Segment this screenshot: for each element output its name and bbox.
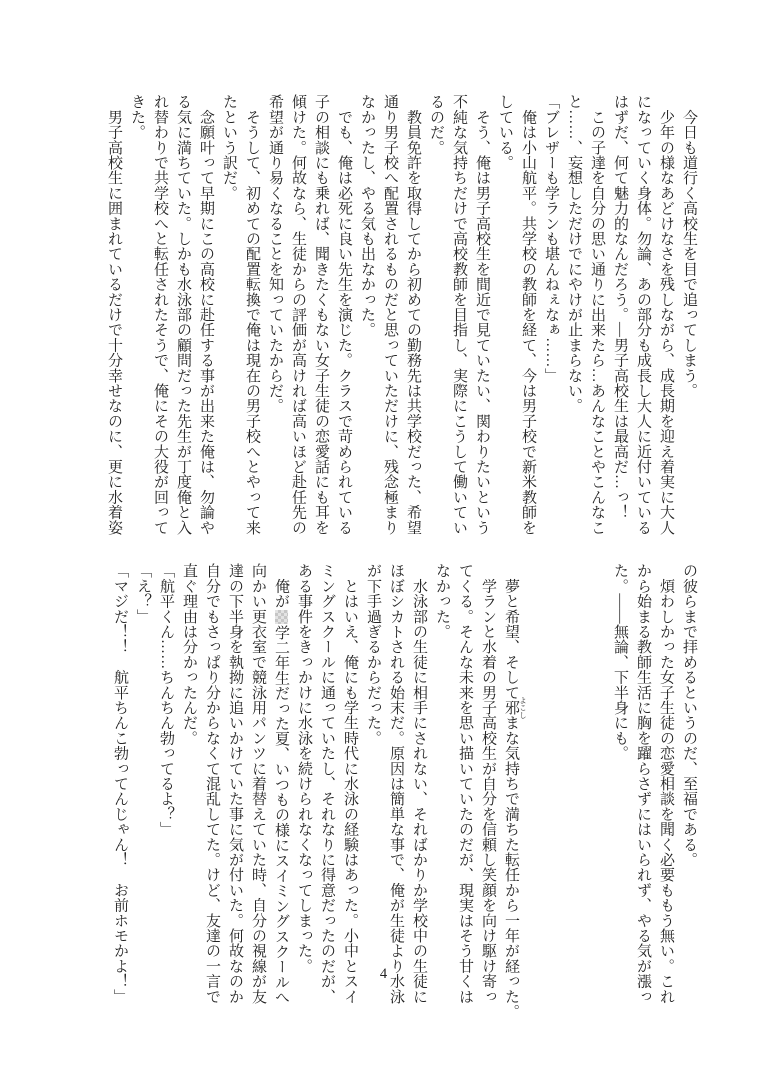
text-line: 「ブレザーも学ランも堪んねぇなぁ……」: [539, 94, 562, 546]
text-block-top: 今日も道行く高校生を目で追ってしまう。 少年の様なあどけなさを残しながら、成長期…: [102, 94, 700, 546]
text-line: 「マジだ！！ 航平ちんこ勃ってんじゃん！ お前ホモかよ！」: [108, 563, 131, 1015]
text-line: なかったし、やる気も出なかった。: [355, 94, 378, 546]
text-line: 希望が通り易くなることを知っていたからだ。: [263, 94, 286, 546]
text-line: から始まる教師生活に胸を躍らさずにはいられず、やる気が漲っ: [631, 563, 654, 1015]
text-line: この子達を自分の思い通りに出来たら…あんなことやこんなこ: [585, 94, 608, 546]
text-line: とはいえ、俺にも学生時代に水泳の経験はあった。小中とスイ: [338, 563, 361, 1015]
text-line: 不純な気持ちだけで高校教師を目指し、実際にこうして働いてい: [447, 94, 470, 546]
text-line: 教員免許を取得してから初めての勤務先は共学校だった、希望: [401, 94, 424, 546]
text-line: 煩わしかった女子生徒の恋愛相談を聞く必要ももう無い。これ: [654, 563, 677, 1015]
text-line: きた。: [125, 94, 148, 546]
text-block-bottom: の彼らまで拝めるというのだ、至福である。 煩わしかった女子生徒の恋愛相談を聞く必…: [108, 563, 700, 1015]
text-line: ある事件をきっかけに水泳を続けられなくなってしまった。: [292, 563, 315, 1015]
text-line: と……、妄想しただけでにやけが止まらない。: [562, 94, 585, 546]
text-line: 子の相談にも乗れば、聞きたくもない女子生徒の恋愛話にも耳を: [309, 94, 332, 546]
text-line: そうして、初めての配置転換で俺は現在の男子校へとやって来: [240, 94, 263, 546]
text-line-with-censor: 俺が学二年生だった夏、いつもの様にスイミングスクールへ: [269, 563, 292, 1015]
text-line: 向かい更衣室で競泳用パンツに着替えていた時、自分の視線が友: [246, 563, 269, 1015]
text-line: てくる。そんな未来を思い描いていたのだが、現実はそう甘くは: [453, 563, 476, 1015]
page-number: 4: [0, 966, 767, 983]
text-segment: 夢と希望、そして: [503, 563, 519, 700]
text-segment: 俺が: [273, 563, 289, 609]
text-line: している。: [493, 94, 516, 546]
text-line: でも、俺は必死に良い先生を演じた。クラスで苛められている: [332, 94, 355, 546]
text-line: の彼らまで拝めるというのだ、至福である。: [677, 563, 700, 1015]
ruby-annotation: 邪よこし: [503, 700, 519, 715]
text-line: 男子高校生に囲まれているだけで十分幸せなのに、更に水着姿: [102, 94, 125, 546]
text-line: 自分でもさっぱり分からなくて混乱してた。けど、友達の一言で: [200, 563, 223, 1015]
text-line: るのだ。: [424, 94, 447, 546]
text-line: 「航平くん……ちんちん勃ってるよ？」: [154, 563, 177, 1015]
text-line: ほぼシカトされる始末だ。原因は簡単な事で、俺が生徒より水泳: [384, 563, 407, 1015]
text-line: そう、俺は男子高校生を間近で見ていたい、関わりたいという: [470, 94, 493, 546]
text-line: 俺は小山航平。共学校の教師を経て、今は男子校で新米教師を: [516, 94, 539, 546]
text-line: る気に満ちていた。しかも水泳部の顧問だった先生が丁度俺と入: [171, 94, 194, 546]
scene-break-gap: [527, 563, 608, 1015]
text-segment: 学二年生だった夏、いつもの様にスイミングスクールへ: [273, 625, 289, 1005]
text-line: 学ランと水着の男子高校生が自分を信頼し笑顔を向け駆け寄っ: [476, 563, 499, 1015]
text-line: 傾けた。何故なら、生徒からの評価が高ければ高いほど赴任先の: [286, 94, 309, 546]
text-line: 今日も道行く高校生を目で追ってしまう。: [677, 94, 700, 546]
text-line: た。――無論、下半身にも。: [608, 563, 631, 1015]
text-line: になっていく身体。勿論、あの部分も成長し大人に近付いている: [631, 94, 654, 546]
text-line: 直ぐ理由は分かったんだ。: [177, 563, 200, 1015]
censor-mosaic-box: [275, 610, 288, 624]
text-line: 「え？」: [131, 563, 154, 1015]
text-line: はずだ、何て魅力的なんだろう。―男子高校生は最高だ…っ！: [608, 94, 631, 546]
novel-page: 今日も道行く高校生を目で追ってしまう。 少年の様なあどけなさを残しながら、成長期…: [0, 0, 767, 1087]
text-line-with-ruby: 夢と希望、そして邪よこしまな気持ちで満ちた転任から一年が経った。: [499, 563, 527, 1015]
text-line: 達の下半身を執拗に追いかけていた事に気が付いた。何故なのか: [223, 563, 246, 1015]
text-line: 通り男子校へ配置されるものだと思っていただけに、残念極まり: [378, 94, 401, 546]
text-line: れ替わりで共学校へと転任されたそうで、俺にその大役が回って: [148, 94, 171, 546]
text-line: ミングスクールに通っていたし、それなりに得意だったのだが、: [315, 563, 338, 1015]
ruby-text: よこし: [519, 696, 528, 719]
text-line: が下手過ぎるからだった。: [361, 563, 384, 1015]
text-line: たという訳だ。: [217, 94, 240, 546]
text-line: 少年の様なあどけなさを残しながら、成長期を迎え着実に大人: [654, 94, 677, 546]
text-line: なかった。: [430, 563, 453, 1015]
text-line: 念願叶って早期にこの高校に赴任する事が出来た俺は、勿論や: [194, 94, 217, 546]
text-line: 水泳部の生徒に相手にされない、そればかりか学校中の生徒に: [407, 563, 430, 1015]
